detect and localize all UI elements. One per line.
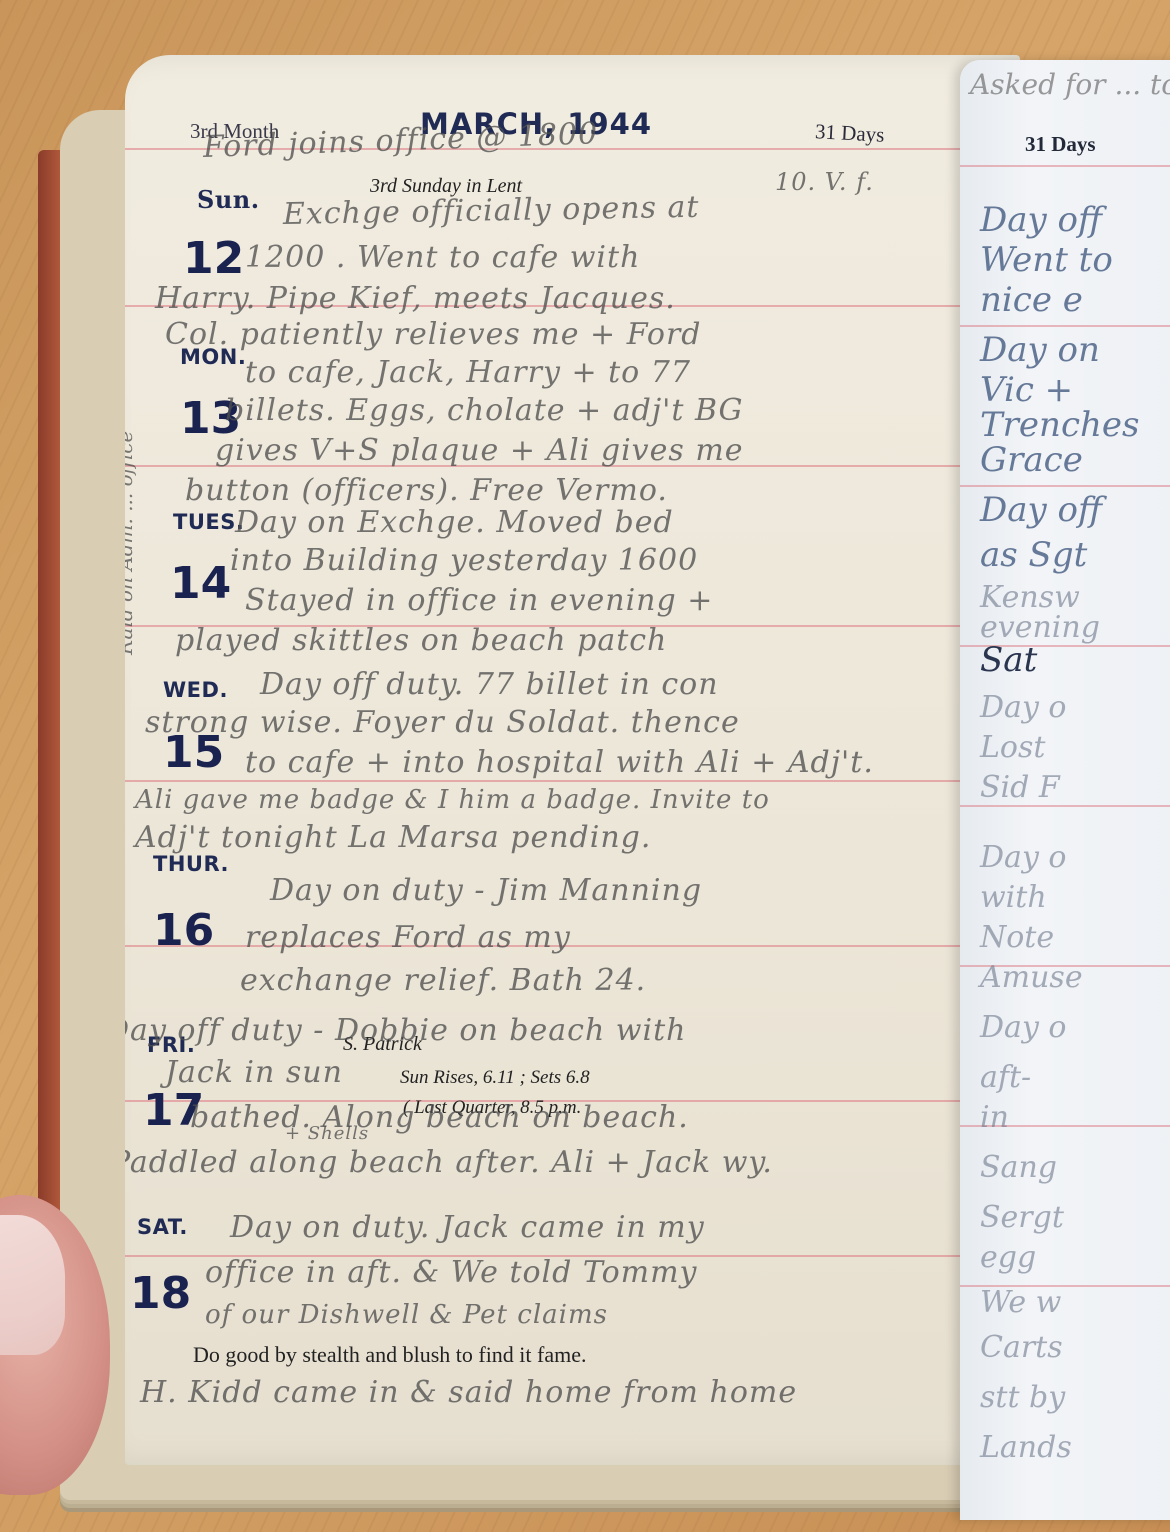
handwriting-line: into Building yesterday 1600 [230,543,698,578]
handwriting-line: Sang [980,1150,1057,1185]
handwriting-line: Sergt [980,1200,1064,1235]
handwriting-line: Day o [980,1010,1066,1045]
handwriting-line: Col. patiently relieves me + Ford [165,317,702,352]
handwriting-line: Paddled along beach after. Ali + Jack wy… [125,1145,773,1180]
handwriting-line: H. Kidd came in & said home from home [140,1375,797,1410]
handwriting-line: Exchge officially opens at [283,190,700,232]
handwriting-line: 10. V. f. [775,168,874,196]
handwriting-line: Adj't tonight La Marsa pending. [135,820,651,855]
day-number-16: 16 [153,905,214,956]
handwriting-line: egg [980,1240,1036,1275]
handwriting-line: bathed. Along beach on beach. [190,1100,689,1135]
handwriting-line: Ali gave me badge & I him a badge. Invit… [135,785,770,815]
day-label-sat: SAT. [137,1215,188,1239]
handwriting-line: Jack in sun [165,1055,343,1090]
handwriting-line: We w [980,1285,1061,1320]
days-count-label: 31 Days [814,119,885,148]
handwriting-line: Day o [980,840,1066,875]
handwriting-line: Stayed in office in evening + [245,583,713,618]
handwriting-line: stt by [980,1380,1065,1415]
handwriting-line: Sat [980,640,1037,680]
day-number-18: 18 [130,1268,191,1319]
handwriting-line: played skittles on beach patch [175,623,667,658]
handwriting-line: with [980,880,1047,915]
diary-page-right: Asked for ... to Sgt La... 31 Days Day o… [960,60,1170,1520]
handwriting-line: Trenches [980,405,1139,445]
handwriting-line: to cafe + into hospital with Ali + Adj't… [245,745,874,780]
handwriting-line: nice e [980,280,1083,320]
handwriting-line: + Shells [285,1123,369,1144]
handwriting-line: strong wise. Foyer du Soldat. thence [145,705,740,740]
handwriting-line: Sid F [980,770,1060,805]
day-label-thur: THUR. [153,852,229,876]
margin-note: Raid on Adm. ... office [125,431,137,655]
handwriting-line: in [980,1100,1009,1135]
handwriting-line: Day on Exchge. Moved bed [235,505,674,540]
day-label-tues: TUES. [173,510,244,534]
handwriting-line: Day on duty - Jim Manning [270,873,702,908]
handwriting-line: Day on [980,330,1100,370]
handwriting-line: Day on duty. Jack came in my [230,1210,705,1245]
handwriting-line: Went to [980,240,1113,280]
sun-times: Sun Rises, 6.11 ; Sets 6.8 [400,1067,590,1089]
handwriting-line: billets. Eggs, cholate + adj't BG [225,393,744,428]
day-number-12: 12 [183,233,244,284]
handwriting-line: to cafe, Jack, Harry + to 77 [245,355,691,390]
handwriting-line: replaces Ford as my [245,920,571,955]
handwriting-line: Amuse [980,960,1083,995]
handwriting-line: Day o [980,690,1066,725]
day-label-sun: Sun. [197,185,260,214]
diary-page-left: 3rd Month MARCH, 1944 31 Days Raid on Ad… [125,55,1020,1465]
handwriting-line: as Sgt [980,535,1087,575]
handwriting-line: Vic + [980,370,1073,410]
handwriting-line: exchange relief. Bath 24. [240,963,646,998]
handwriting-line: Day off duty. 77 billet in con [260,667,719,702]
handwriting-line: Day off duty - Dobbie on beach with [125,1013,686,1048]
handwriting-line: Harry. Pipe Kief, meets Jacques. [155,281,676,316]
handwriting-line: gives V+S plaque + Ali gives me [215,433,744,468]
handwriting-line: of our Dishwell & Pet claims [205,1300,608,1330]
handwriting-line: Lands [980,1430,1072,1465]
handwriting-line: button (officers). Free Vermo. [185,473,668,508]
handwriting-line: Grace [980,440,1083,480]
handwriting-line: Note [980,920,1054,955]
handwriting-line: 1200 . Went to cafe with [245,240,640,275]
motto-quote: Do good by stealth and blush to find it … [193,1342,587,1368]
day-label-wed: WED. [163,678,228,702]
handwriting-line: office in aft. & We told Tommy [205,1255,697,1290]
day-number-14: 14 [170,558,231,609]
right-days-count-label: 31 Days [1025,132,1096,157]
handwriting-line: Lost [980,730,1045,765]
handwriting-line: Carts [980,1330,1063,1365]
right-page-top-note: Asked for ... to Sgt La... [970,68,1170,101]
handwriting-line: Day off [980,490,1102,530]
handwriting-line: aft- [980,1060,1031,1095]
handwriting-line: Day off [980,200,1102,240]
